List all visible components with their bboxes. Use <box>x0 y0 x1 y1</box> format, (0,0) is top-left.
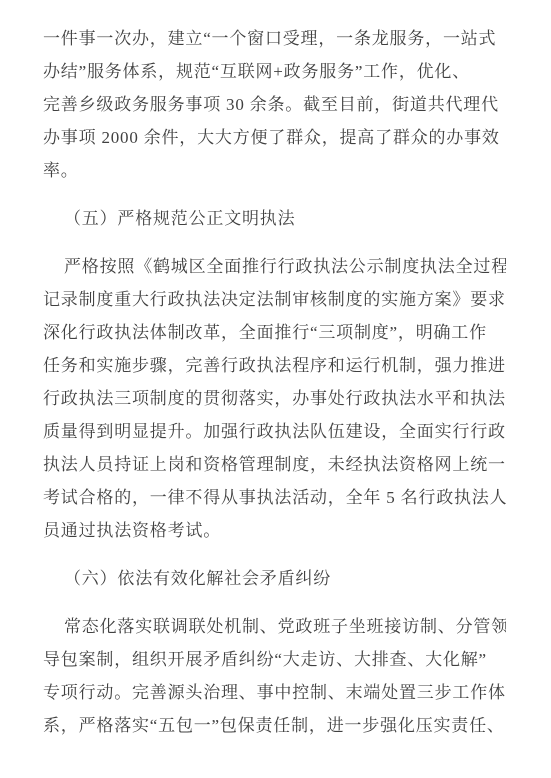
document-page: 一件事一次办，建立“一个窗口受理，一条龙服务，一站式办结”服务体系，规范“互联网… <box>0 0 551 778</box>
text-line: 执法人员持证上岗和资格管理制度，未经执法资格网上统一 <box>43 448 506 481</box>
text-line: 办结”服务体系，规范“互联网+政务服务”工作，优化、 <box>43 55 506 88</box>
text-line: 行政执法三项制度的贯彻落实，办事处行政执法水平和执法 <box>43 382 506 415</box>
text-line: 严格按照《鹤城区全面推行行政执法公示制度执法全过程 <box>43 250 506 283</box>
text-line: 员通过执法资格考试。 <box>43 514 506 547</box>
text-line: 办事项 2000 余件，大大方便了群众，提高了群众的办事效 <box>43 121 506 154</box>
text-line: 常态化落实联调联处机制、党政班子坐班接访制、分管领 <box>43 610 506 643</box>
section-heading: （五）严格规范公正文明执法 <box>43 202 506 235</box>
text-line: 记录制度重大行政执法决定法制审核制度的实施方案》要求， <box>43 283 506 316</box>
text-line: （五）严格规范公正文明执法 <box>43 202 506 235</box>
section-heading: （六）依法有效化解社会矛盾纠纷 <box>43 562 506 595</box>
text-line: 完善乡级政务服务事项 30 余条。截至目前，街道共代理代 <box>43 88 506 121</box>
text-line: 任务和实施步骤，完善行政执法程序和运行机制，强力推进 <box>43 349 506 382</box>
paragraph: 常态化落实联调联处机制、党政班子坐班接访制、分管领导包案制，组织开展矛盾纠纷“大… <box>43 610 506 742</box>
text-line: 深化行政执法体制改革，全面推行“三项制度”，明确工作 <box>43 316 506 349</box>
text-line: 系，严格落实“五包一”包保责任制，进一步强化压实责任、 <box>43 709 506 742</box>
text-line: 质量得到明显提升。加强行政执法队伍建设，全面实行行政 <box>43 415 506 448</box>
paragraph: 一件事一次办，建立“一个窗口受理，一条龙服务，一站式办结”服务体系，规范“互联网… <box>43 22 506 187</box>
text-line: （六）依法有效化解社会矛盾纠纷 <box>43 562 506 595</box>
text-line: 导包案制，组织开展矛盾纠纷“大走访、大排查、大化解” <box>43 643 506 676</box>
paragraph: 严格按照《鹤城区全面推行行政执法公示制度执法全过程记录制度重大行政执法决定法制审… <box>43 250 506 547</box>
text-line: 一件事一次办，建立“一个窗口受理，一条龙服务，一站式 <box>43 22 506 55</box>
text-line: 专项行动。完善源头治理、事中控制、末端处置三步工作体 <box>43 676 506 709</box>
text-line: 率。 <box>43 154 506 187</box>
text-line: 考试合格的，一律不得从事执法活动，全年 5 名行政执法人 <box>43 481 506 514</box>
